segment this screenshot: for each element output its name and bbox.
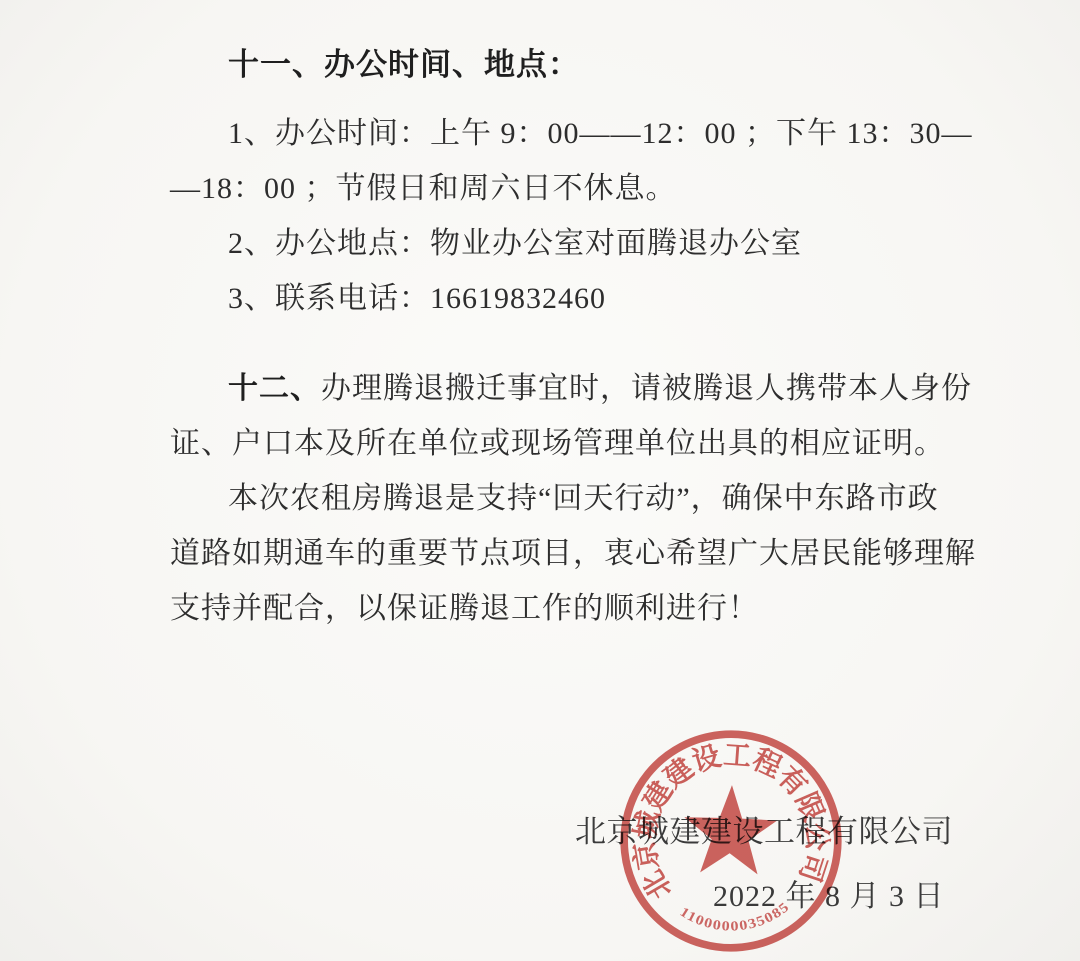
document-body: 十一、办公时间、地点： 1、办公时间：上午 9：00——12：00 ；下午 13… <box>170 34 918 632</box>
signature-company-name: 北京城建建设工程有限公司 <box>575 806 953 851</box>
section-12-number: 十二、 <box>228 363 321 407</box>
closing-paragraph-line-2: 道路如期通车的重要节点项目，衷心希望广大居民能够理解 <box>170 522 918 577</box>
section-12-line-2: 证、户口本及所在单位或现场管理单位出具的相应证明。 <box>170 412 918 467</box>
office-hours-line-1: 1、办公时间：上午 9：00——12：00 ；下午 13：30— <box>170 102 918 157</box>
office-location-line: 2、办公地点：物业办公室对面腾退办公室 <box>170 212 918 267</box>
section-11-heading: 十一、办公时间、地点： <box>170 34 918 89</box>
signature-date: 2022 年 8 月 3 日 <box>713 871 945 915</box>
closing-paragraph-line-1: 本次农租房腾退是支持“回天行动”，确保中东路市政 <box>170 467 918 522</box>
office-hours-line-2: —18：00 ；节假日和周六日不休息。 <box>170 157 918 212</box>
section-12-line-1-text: 办理腾退搬迁事宜时，请被腾退人携带本人身份 <box>321 363 972 407</box>
scanned-notice-page: 十一、办公时间、地点： 1、办公时间：上午 9：00——12：00 ；下午 13… <box>0 0 1080 961</box>
closing-paragraph-line-3: 支持并配合，以保证腾退工作的顺利进行！ <box>170 577 918 632</box>
section-12-line-1: 十二、办理腾退搬迁事宜时，请被腾退人携带本人身份 <box>170 357 918 412</box>
contact-phone-line: 3、联系电话：16619832460 <box>170 267 918 322</box>
